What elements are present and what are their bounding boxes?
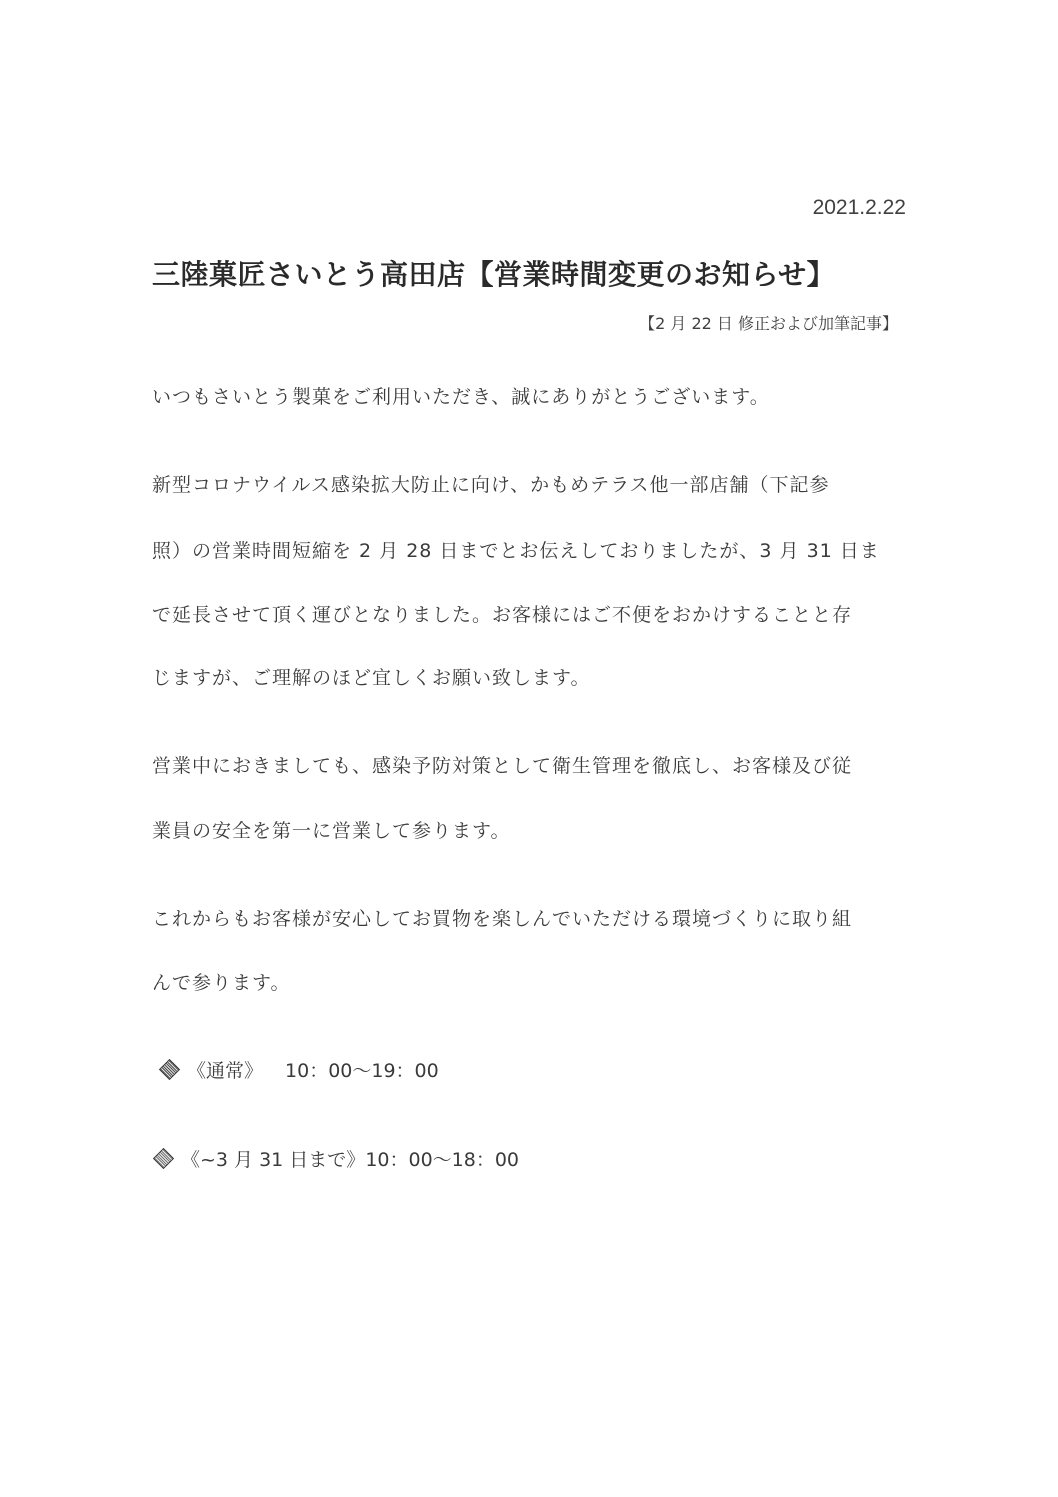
paragraph-line: これからもお客様が安心してお買物を楽しんでいただける環境づくりに取り組 [152,904,852,931]
paragraph-line: で延長させて頂く運びとなりました。お客様にはご不便をおかけすることと存 [152,600,852,627]
paragraph-line: じますが、ご理解のほど宜しくお願い致します。 [152,663,590,690]
page-title: 三陸菓匠さいとう高田店【営業時間変更のお知らせ】 [152,253,835,293]
revision-note: 【2 月 22 日 修正および加筆記事】 [639,311,898,334]
hours-label: 《通常》 [187,1056,263,1083]
paragraph-line: 新型コロナウイルス感染拡大防止に向け、かもめテラス他一部店舗（下記参 [152,470,830,497]
paragraph-line: 照）の営業時間短縮を 2 月 28 日までとお伝えしておりましたが、3 月 31… [152,536,880,563]
paragraph-line: 営業中におきましても、感染予防対策として衛生管理を徹底し、お客様及び従 [152,751,852,778]
hours-normal: 《通常》 10：00～19：00 [162,1056,439,1083]
document-date: 2021.2.22 [813,196,906,220]
paragraph-line: んで参ります。 [152,968,290,995]
diamond-bullet-icon [153,1148,174,1169]
paragraph-line: 業員の安全を第一に営業して参ります。 [152,816,510,843]
document-page: 2021.2.22 三陸菓匠さいとう高田店【営業時間変更のお知らせ】 【2 月 … [0,0,1058,1497]
hours-time: 10：00～19：00 [285,1056,439,1083]
paragraph-line: いつもさいとう製菓をご利用いただき、誠にありがとうございます。 [152,382,770,409]
hours-shortened: 《~3 月 31 日まで》 10：00～18：00 [156,1145,519,1172]
hours-label: 《~3 月 31 日まで》 [181,1145,365,1172]
hours-time: 10：00～18：00 [365,1145,519,1172]
diamond-bullet-icon [159,1059,180,1080]
